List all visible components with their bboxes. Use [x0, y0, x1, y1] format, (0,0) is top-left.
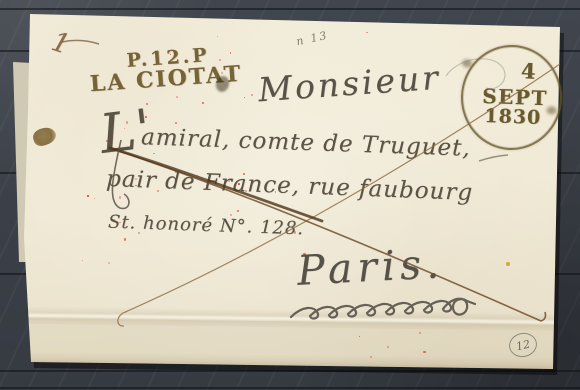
- red-speckle: [423, 351, 426, 354]
- cover-photo: P.12.P LA CIOTAT 4 SEPT 1830 Monsieur L'…: [0, 0, 580, 390]
- red-speckle: [82, 260, 84, 262]
- datestamp-blotch: [462, 59, 472, 67]
- red-speckle: [124, 238, 126, 240]
- red-speckle: [108, 262, 110, 264]
- red-speckle: [244, 97, 245, 98]
- red-speckle: [217, 36, 219, 38]
- red-speckle: [175, 122, 177, 124]
- red-speckle: [202, 102, 204, 104]
- ink-stain: [31, 125, 58, 148]
- red-speckle: [237, 210, 239, 212]
- red-speckle: [387, 346, 389, 348]
- background-seam: [0, 387, 580, 389]
- address-city: Paris.: [296, 239, 445, 295]
- red-speckle: [230, 52, 232, 54]
- red-speckle: [94, 198, 95, 199]
- red-speckle: [370, 356, 372, 358]
- expert-mark-text: 12: [515, 337, 531, 353]
- red-speckle: [119, 196, 121, 198]
- red-speckle: [251, 94, 253, 96]
- red-speckle: [176, 96, 178, 98]
- red-speckle: [366, 32, 368, 34]
- paper-spot: [506, 262, 510, 266]
- datestamp-year: 1830: [462, 104, 560, 129]
- red-speckle: [87, 195, 88, 196]
- datestamp-day: 4: [521, 58, 536, 83]
- background-seam: [0, 8, 580, 10]
